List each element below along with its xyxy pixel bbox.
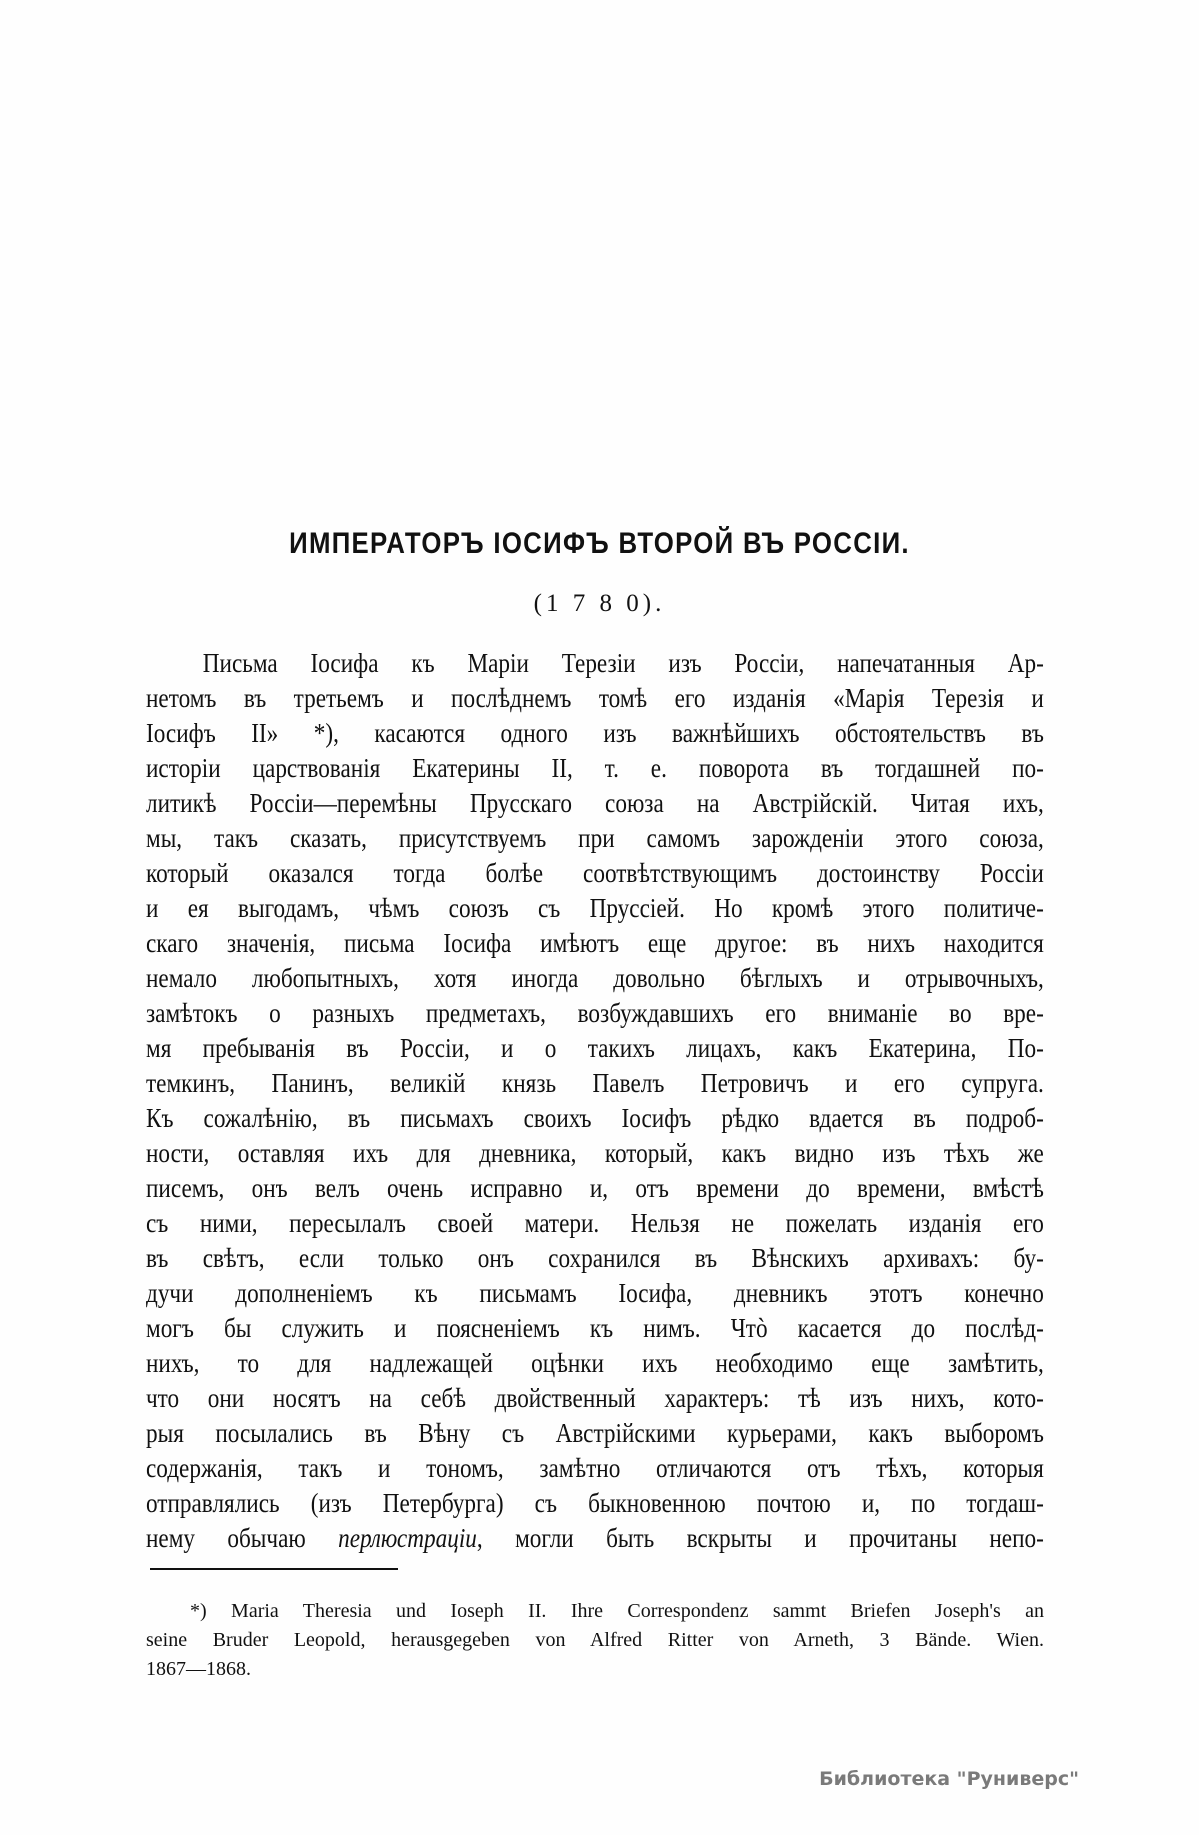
text-line: Къ сожалѣнiю, въ письмахъ своихъ Iосифъ … <box>146 1101 1044 1136</box>
text-line: отправлялись (изъ Петербурга) съ быкнове… <box>146 1486 1044 1521</box>
text-line: нихъ, то для надлежащей оцѣнки ихъ необх… <box>146 1346 1044 1381</box>
text-line: Письма Iосифа къ Марiи Терезiи изъ Россi… <box>146 646 1044 681</box>
text-line: ности, оставляя ихъ для дневника, которы… <box>146 1136 1044 1171</box>
footnote-divider <box>150 1568 398 1570</box>
text-line: немало любопытныхъ, хотя иногда довольно… <box>146 961 1044 996</box>
text-line: мя пребыванiя въ Россiи, и о такихъ лица… <box>146 1031 1044 1066</box>
text-line: замѣтокъ о разныхъ предметахъ, возбуждав… <box>146 996 1044 1031</box>
library-watermark: Библиотека "Руниверс" <box>819 1768 1079 1790</box>
text-line: мы, такъ сказать, присутствуемъ при само… <box>146 821 1044 856</box>
text-fragment: , могли быть вскрыты и прочитаны непо- <box>477 1523 1044 1553</box>
text-line: съ ними, пересылалъ своей матери. Нельзя… <box>146 1206 1044 1241</box>
footnote-line: *) Maria Theresia und Ioseph II. Ihre Co… <box>146 1597 1044 1626</box>
body-paragraph: Письма Iосифа къ Марiи Терезiи изъ Россi… <box>146 646 1044 1556</box>
text-line: скаго значенiя, письма Iосифа имѣютъ еще… <box>146 926 1044 961</box>
text-line: писемъ, онъ велъ очень исправно и, отъ в… <box>146 1171 1044 1206</box>
text-line: исторiи царствованiя Екатерины II, т. е.… <box>146 751 1044 786</box>
text-line: который оказался тогда болѣе соотвѣтству… <box>146 856 1044 891</box>
text-line: содержанiя, такъ и тономъ, замѣтно отлич… <box>146 1451 1044 1486</box>
text-line-last: нему обычаю перлюстрацiи, могли быть вск… <box>146 1521 1044 1556</box>
title-year: (1 7 8 0). <box>0 590 1199 618</box>
text-fragment: нему обычаю <box>146 1523 338 1553</box>
footnote-line: seine Bruder Leopold, herausgegeben von … <box>146 1626 1044 1655</box>
text-line: нетомъ въ третьемъ и послѣднемъ томѣ его… <box>146 681 1044 716</box>
text-line: и ея выгодамъ, чѣмъ союзъ съ Пруссiей. Н… <box>146 891 1044 926</box>
text-line: литикѣ Россiи—перемѣны Прусскаго союза н… <box>146 786 1044 821</box>
text-line: Iосифъ II» *), касаются одного изъ важнѣ… <box>146 716 1044 751</box>
text-line: что они носятъ на себѣ двойственный хара… <box>146 1381 1044 1416</box>
text-line: могъ бы служить и поясненiемъ къ нимъ. Ч… <box>146 1311 1044 1346</box>
italic-term: перлюстрацiи <box>338 1523 477 1553</box>
text-line: въ свѣтъ, если только онъ сохранился въ … <box>146 1241 1044 1276</box>
text-line: рыя посылались въ Вѣну съ Австрiйскими к… <box>146 1416 1044 1451</box>
page-title: ИМПЕРАТОРЪ IОСИФЪ ВТОРОЙ ВЪ РОССIИ. <box>84 527 1115 561</box>
text-line: дучи дополненiемъ къ письмамъ Iосифа, дн… <box>146 1276 1044 1311</box>
text-line: темкинъ, Панинъ, великiй князь Павелъ Пе… <box>146 1066 1044 1101</box>
document-page: ИМПЕРАТОРЪ IОСИФЪ ВТОРОЙ ВЪ РОССIИ. (1 7… <box>0 0 1199 1835</box>
footnote-line: 1867—1868. <box>146 1655 1044 1684</box>
footnote: *) Maria Theresia und Ioseph II. Ihre Co… <box>146 1597 1044 1684</box>
